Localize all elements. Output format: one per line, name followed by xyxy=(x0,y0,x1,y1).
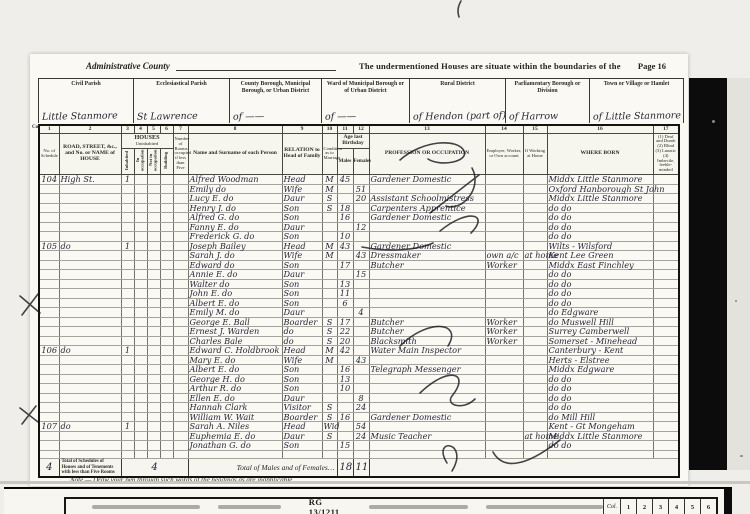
cell-occ xyxy=(134,241,147,251)
cell-infirm xyxy=(653,203,679,213)
cell-occupation xyxy=(369,232,485,242)
cell-age_f: 12 xyxy=(353,222,369,232)
cell-road xyxy=(59,441,121,451)
cell-occ xyxy=(134,203,147,213)
cell-age_m: 17 xyxy=(337,260,353,270)
illegible-print-smudge xyxy=(486,505,603,509)
cell-road xyxy=(59,203,121,213)
cell-name: Alfred Woodman xyxy=(188,175,282,185)
cell-relation: Head xyxy=(282,175,322,185)
cell-sched xyxy=(39,403,59,413)
cell-road xyxy=(59,384,121,394)
cell-occupation xyxy=(369,384,485,394)
strip-col-label: Col. xyxy=(603,499,620,514)
cell-occupation xyxy=(369,289,485,299)
cell-emp xyxy=(485,232,523,242)
cell-inh xyxy=(121,441,134,451)
cell-rooms xyxy=(173,441,188,451)
cell-relation: Son xyxy=(282,289,322,299)
cell-notocc xyxy=(147,260,160,270)
cell-road xyxy=(59,308,121,318)
cell-occ xyxy=(134,279,147,289)
cell-age_m: 42 xyxy=(337,346,353,356)
cell-road xyxy=(59,374,121,384)
cell-bldg xyxy=(160,450,173,459)
cell-notocc xyxy=(147,175,160,185)
cell-born: do do xyxy=(547,213,653,223)
cell-occupation xyxy=(369,403,485,413)
cell-notocc xyxy=(147,203,160,213)
cell-inh xyxy=(121,431,134,441)
cell-rooms xyxy=(173,327,188,337)
cell-emp xyxy=(485,184,523,194)
cell-cond: M xyxy=(322,251,337,261)
cell-road xyxy=(59,450,121,459)
cell-age_f xyxy=(353,346,369,356)
col-num: 4 xyxy=(134,125,147,133)
cell-rooms xyxy=(173,384,188,394)
cell-home xyxy=(523,365,547,375)
cell-rooms xyxy=(173,251,188,261)
cell-age_f: 43 xyxy=(353,355,369,365)
cell-road xyxy=(59,232,121,242)
administrative-county-label: Administrative County xyxy=(86,61,170,71)
cell-rooms xyxy=(173,203,188,213)
header-in-occupation: In occupation xyxy=(134,148,147,174)
cell-notocc xyxy=(147,403,160,413)
cell-occupation xyxy=(369,450,485,459)
cell-age_f: 15 xyxy=(353,270,369,280)
cell-rooms xyxy=(173,175,188,185)
cell-name: Lucy E. do xyxy=(188,194,282,204)
cell-bldg xyxy=(160,175,173,185)
table-row: Euphemia E. doDaurS24Music Teacherat hom… xyxy=(39,431,679,441)
table-row: Albert E. doSon16Telegraph MessengerMidd… xyxy=(39,365,679,375)
cell-bldg xyxy=(160,289,173,299)
table-row: Walter doSon13do do xyxy=(39,279,679,289)
cell-rooms xyxy=(173,298,188,308)
cell-notocc xyxy=(147,355,160,365)
cell-born: Middx Little Stanmore xyxy=(547,194,653,204)
cell-home xyxy=(523,194,547,204)
cell-road xyxy=(59,298,121,308)
district-label: Town or Village or Hamlet xyxy=(590,79,683,88)
col-num: 16 xyxy=(547,125,653,133)
district-town-village: Town or Village or Hamlet of Little Stan… xyxy=(590,79,684,123)
cell-bldg xyxy=(160,327,173,337)
cell-occ xyxy=(134,232,147,242)
cell-sched: 107 xyxy=(39,422,59,432)
col-num: 6 xyxy=(160,125,173,133)
cell-inh xyxy=(121,222,134,232)
cell-age_m xyxy=(337,270,353,280)
cell-sched xyxy=(39,194,59,204)
cell-notocc xyxy=(147,194,160,204)
header-condition: Condition as to Marriage xyxy=(322,133,337,175)
cell-infirm xyxy=(653,355,679,365)
header-relation: RELATION to Head of Family xyxy=(282,133,322,175)
cell-occupation xyxy=(369,270,485,280)
district-handwritten-value: of Little Stanmore xyxy=(593,110,681,123)
cell-age_m: 16 xyxy=(337,365,353,375)
cell-infirm xyxy=(653,279,679,289)
cell-notocc xyxy=(147,251,160,261)
cell-born: do do xyxy=(547,232,653,242)
cell-cond: S xyxy=(322,431,337,441)
cell-emp xyxy=(485,374,523,384)
table-row: Henry J. doSonS18Carpenters Apprenticedo… xyxy=(39,203,679,213)
cell-home xyxy=(523,222,547,232)
cell-inh xyxy=(121,384,134,394)
cell-notocc xyxy=(147,270,160,280)
cell-inh xyxy=(121,317,134,327)
cell-emp xyxy=(485,308,523,318)
cell-infirm xyxy=(653,298,679,308)
cell-age_m: 45 xyxy=(337,175,353,185)
cell-age_m: 6 xyxy=(337,298,353,308)
cell-rooms xyxy=(173,355,188,365)
cell-home xyxy=(523,450,547,459)
cell-bldg xyxy=(160,346,173,356)
cell-name: Frederick G. do xyxy=(188,232,282,242)
cell-sched xyxy=(39,279,59,289)
cell-name: Sarah A. Niles xyxy=(188,422,282,432)
cell-born: do do xyxy=(547,384,653,394)
strip-col-number: 6 xyxy=(700,499,716,514)
cell-emp xyxy=(485,213,523,223)
total-tenements: 4 xyxy=(121,459,188,477)
tenements-label: Total of Schedules of Houses and of Tene… xyxy=(59,459,121,477)
district-rural-district: Rural District of Hendon (part of) xyxy=(410,79,506,123)
cell-occ xyxy=(134,403,147,413)
cell-cond xyxy=(322,308,337,318)
table-row xyxy=(39,450,679,459)
cell-emp xyxy=(485,355,523,365)
cell-road: do xyxy=(59,422,121,432)
header-where-born: WHERE BORN xyxy=(547,133,653,175)
scan-speck xyxy=(735,300,737,302)
cell-name: Albert E. do xyxy=(188,365,282,375)
cell-age_f xyxy=(353,384,369,394)
cell-notocc xyxy=(147,213,160,223)
cell-cond xyxy=(322,213,337,223)
cell-born: do do xyxy=(547,270,653,280)
table-row: Arthur R. doSon10do do xyxy=(39,384,679,394)
cell-cond: Wid xyxy=(322,422,337,432)
cell-home xyxy=(523,175,547,185)
cell-infirm xyxy=(653,441,679,451)
cell-inh xyxy=(121,232,134,242)
cell-sched xyxy=(39,232,59,242)
totals-empty xyxy=(369,459,679,477)
cell-age_f: 54 xyxy=(353,422,369,432)
cell-bldg xyxy=(160,374,173,384)
district-label: Parliamentary Borough or Division xyxy=(506,79,589,94)
cell-emp xyxy=(485,298,523,308)
scan-seam xyxy=(0,481,750,484)
cell-cond xyxy=(322,279,337,289)
district-parliamentary-borough: Parliamentary Borough or Division of Har… xyxy=(506,79,590,123)
cell-rooms xyxy=(173,431,188,441)
cell-infirm xyxy=(653,403,679,413)
cell-home xyxy=(523,336,547,346)
cell-name: Ernest J. Warden xyxy=(188,327,282,337)
cell-home xyxy=(523,317,547,327)
cell-age_f xyxy=(353,327,369,337)
cell-road xyxy=(59,222,121,232)
cell-name: Emily M. do xyxy=(188,308,282,318)
census-table: 1 2 3 4 5 6 7 8 9 10 11 12 13 14 15 16 1… xyxy=(38,124,680,478)
cell-age_f: 43 xyxy=(353,251,369,261)
district-label: Ward of Municipal Borough or of Urban Di… xyxy=(322,79,409,94)
cell-road: do xyxy=(59,346,121,356)
cell-infirm xyxy=(653,308,679,318)
cell-bldg xyxy=(160,355,173,365)
cell-occ xyxy=(134,184,147,194)
table-row: Hannah ClarkVisitorS24do do xyxy=(39,403,679,413)
cell-age_f xyxy=(353,365,369,375)
cell-home xyxy=(523,346,547,356)
cell-sched xyxy=(39,450,59,459)
cell-occ xyxy=(134,222,147,232)
cell-rooms xyxy=(173,346,188,356)
cell-occupation: Dressmaker xyxy=(369,251,485,261)
cell-occ xyxy=(134,422,147,432)
cell-age_f xyxy=(353,175,369,185)
cell-notocc xyxy=(147,422,160,432)
col-num: 3 xyxy=(121,125,134,133)
cell-notocc xyxy=(147,317,160,327)
cell-cond xyxy=(322,298,337,308)
table-row: Lucy E. doDaurS20Assistant Schoolmistres… xyxy=(39,194,679,204)
cell-rooms xyxy=(173,270,188,280)
cell-bldg xyxy=(160,241,173,251)
cell-relation: Son xyxy=(282,365,322,375)
cell-home xyxy=(523,289,547,299)
cell-infirm xyxy=(653,222,679,232)
cell-occ xyxy=(134,450,147,459)
cell-occupation xyxy=(369,222,485,232)
cell-emp xyxy=(485,365,523,375)
cell-relation: Son xyxy=(282,232,322,242)
cell-inh xyxy=(121,279,134,289)
cell-inh xyxy=(121,393,134,403)
table-row: 104High St.1Alfred WoodmanHeadM45Gardene… xyxy=(39,175,679,185)
cell-cond: M xyxy=(322,346,337,356)
cell-home xyxy=(523,308,547,318)
column-label-row: No. of Schedule ROAD, STREET, &c., and N… xyxy=(39,133,679,148)
cell-age_f xyxy=(353,317,369,327)
cell-age_f xyxy=(353,289,369,299)
cell-emp: Worker xyxy=(485,336,523,346)
cell-notocc xyxy=(147,289,160,299)
cell-bldg xyxy=(160,431,173,441)
cell-sched xyxy=(39,203,59,213)
cell-age_f: 20 xyxy=(353,194,369,204)
cell-rooms xyxy=(173,213,188,223)
cell-born: Kent - Gt Mongeham xyxy=(547,422,653,432)
cell-occ xyxy=(134,346,147,356)
cell-age_m: 16 xyxy=(337,213,353,223)
cell-occ xyxy=(134,270,147,280)
cell-road xyxy=(59,251,121,261)
cell-relation: Visitor xyxy=(282,403,322,413)
cell-infirm xyxy=(653,213,679,223)
cell-born: do Edgware xyxy=(547,308,653,318)
cell-age_f xyxy=(353,232,369,242)
cell-notocc xyxy=(147,431,160,441)
page-heading: The undermentioned Houses are situate wi… xyxy=(342,61,638,71)
cell-bldg xyxy=(160,270,173,280)
cell-notocc xyxy=(147,365,160,375)
cell-inh xyxy=(121,450,134,459)
cell-cond xyxy=(322,365,337,375)
cell-notocc xyxy=(147,222,160,232)
cell-occupation xyxy=(369,441,485,451)
cell-emp: own a/c xyxy=(485,251,523,261)
cell-sched xyxy=(39,365,59,375)
cell-name: Jonathan G. do xyxy=(188,441,282,451)
illegible-print-smudge xyxy=(218,505,281,509)
district-label: Rural District xyxy=(410,79,505,88)
header-not-in-occupation: Not in occupation xyxy=(147,148,160,174)
cell-emp: Worker xyxy=(485,260,523,270)
strip-col-number: 3 xyxy=(652,499,668,514)
scan-black-edge xyxy=(689,78,727,470)
scan-speck xyxy=(740,455,743,457)
cell-home xyxy=(523,298,547,308)
cell-infirm xyxy=(653,422,679,432)
col-num: 2 xyxy=(59,125,121,133)
col-num: 12 xyxy=(353,125,369,133)
cell-infirm xyxy=(653,450,679,459)
cell-notocc xyxy=(147,184,160,194)
cell-notocc xyxy=(147,308,160,318)
col-num: 17 xyxy=(653,125,679,133)
cell-rooms xyxy=(173,232,188,242)
cell-occ xyxy=(134,289,147,299)
cell-cond: S xyxy=(322,203,337,213)
header-schedule: No. of Schedule xyxy=(39,133,59,175)
cell-cond xyxy=(322,450,337,459)
census-table-header: 1 2 3 4 5 6 7 8 9 10 11 12 13 14 15 16 1… xyxy=(39,125,679,175)
illegible-print-smudge xyxy=(92,505,200,509)
cell-relation: Daur xyxy=(282,270,322,280)
cell-rooms xyxy=(173,412,188,422)
census-page: Administrative County The undermentioned… xyxy=(30,54,688,486)
cell-rooms xyxy=(173,374,188,384)
cell-born: do do xyxy=(547,403,653,413)
cell-bldg xyxy=(160,422,173,432)
cell-relation: Son xyxy=(282,441,322,451)
cell-born: Kent Lee Green xyxy=(547,251,653,261)
column-number-row: 1 2 3 4 5 6 7 8 9 10 11 12 13 14 15 16 1… xyxy=(39,125,679,133)
cell-cond xyxy=(322,270,337,280)
cell-emp xyxy=(485,279,523,289)
cell-infirm xyxy=(653,384,679,394)
cell-occ xyxy=(134,441,147,451)
district-civil-parish: Civil Parish Little Stanmore xyxy=(38,79,134,123)
page-header: Administrative County The undermentioned… xyxy=(38,60,684,71)
cell-occupation: Telegraph Messenger xyxy=(369,365,485,375)
district-handwritten-value: Little Stanmore xyxy=(42,110,131,123)
col-num: 14 xyxy=(485,125,523,133)
cell-bldg xyxy=(160,317,173,327)
cell-bldg xyxy=(160,203,173,213)
administrative-county-blank-line xyxy=(176,60,336,71)
cell-cond xyxy=(322,374,337,384)
cell-bldg xyxy=(160,441,173,451)
cell-occ xyxy=(134,336,147,346)
col-num: 13 xyxy=(369,125,485,133)
cell-road xyxy=(59,213,121,223)
cell-born: do do xyxy=(547,441,653,451)
cell-notocc xyxy=(147,298,160,308)
cell-inh xyxy=(121,194,134,204)
scan-speck xyxy=(712,120,715,123)
cell-cond xyxy=(322,384,337,394)
cell-occupation xyxy=(369,308,485,318)
cell-emp xyxy=(485,422,523,432)
cell-notocc xyxy=(147,336,160,346)
uninhabited-group-label: Uninhabited xyxy=(123,142,172,147)
cell-occupation: Assistant Schoolmistress xyxy=(369,194,485,204)
col-num: 8 xyxy=(188,125,282,133)
table-row: Annie E. doDaur15do do xyxy=(39,270,679,280)
cell-home xyxy=(523,203,547,213)
cell-cond xyxy=(322,232,337,242)
cell-name: Sarah J. do xyxy=(188,251,282,261)
cell-sched xyxy=(39,374,59,384)
cell-emp: Worker xyxy=(485,327,523,337)
cell-bldg xyxy=(160,393,173,403)
cell-notocc xyxy=(147,384,160,394)
cell-occ xyxy=(134,327,147,337)
header-age-females: Females xyxy=(353,148,369,174)
cell-road xyxy=(59,365,121,375)
cell-infirm xyxy=(653,365,679,375)
cell-infirm xyxy=(653,317,679,327)
table-row: 107do1Sarah A. NilesHeadWid54Kent - Gt M… xyxy=(39,422,679,432)
cell-home xyxy=(523,384,547,394)
cell-occ xyxy=(134,374,147,384)
cell-road xyxy=(59,327,121,337)
cell-age_f: 24 xyxy=(353,431,369,441)
cell-home xyxy=(523,213,547,223)
table-row: Jonathan G. doSon15do do xyxy=(39,441,679,451)
cell-inh xyxy=(121,260,134,270)
header-road: ROAD, STREET, &c., and No. or NAME of HO… xyxy=(59,133,121,175)
cell-home xyxy=(523,441,547,451)
cell-age_m xyxy=(337,251,353,261)
district-label: Ecclesiastical Parish xyxy=(134,79,229,88)
archive-reference: RG 13/1211 xyxy=(309,497,351,514)
cell-inh xyxy=(121,403,134,413)
cell-occupation: Water Main Inspector xyxy=(369,346,485,356)
cell-emp xyxy=(485,194,523,204)
cell-sched: 106 xyxy=(39,346,59,356)
cell-occ xyxy=(134,175,147,185)
cell-age_f xyxy=(353,374,369,384)
district-handwritten-value: of —— xyxy=(325,110,407,122)
cell-occ xyxy=(134,251,147,261)
table-row: Frederick G. doSon10do do xyxy=(39,232,679,242)
cell-age_m xyxy=(337,450,353,459)
cell-infirm xyxy=(653,374,679,384)
cell-road xyxy=(59,260,121,270)
cell-rooms xyxy=(173,317,188,327)
cell-infirm xyxy=(653,232,679,242)
